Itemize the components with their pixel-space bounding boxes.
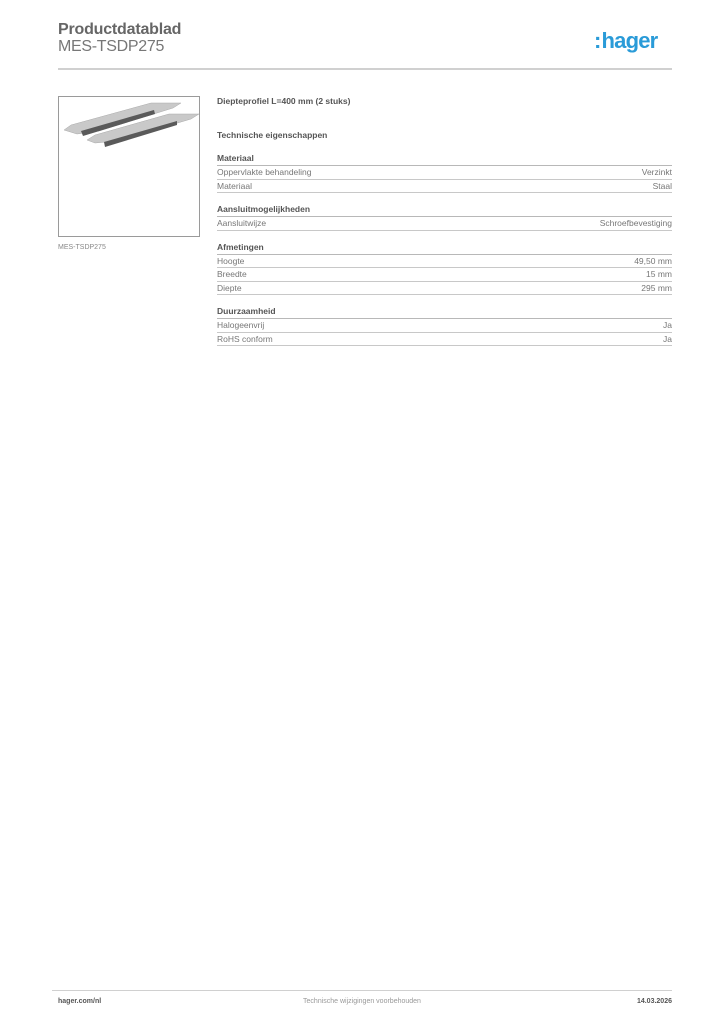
spec-value: 15 mm <box>646 268 672 281</box>
spec-label: Hoogte <box>217 255 244 268</box>
page-title: Productdatablad <box>58 21 181 39</box>
spec-value: Staal <box>653 180 672 193</box>
spec-label: Diepte <box>217 282 242 295</box>
profile-rails-icon <box>59 97 199 236</box>
product-image <box>58 96 200 237</box>
spec-row: Oppervlakte behandelingVerzinkt <box>217 166 672 180</box>
spec-row: Hoogte49,50 mm <box>217 255 672 269</box>
spec-row: Breedte15 mm <box>217 268 672 282</box>
spec-value: Verzinkt <box>642 166 672 179</box>
spec-row: Diepte295 mm <box>217 282 672 296</box>
section-title: Afmetingen <box>217 242 672 255</box>
spec-value: Ja <box>663 333 672 346</box>
spec-content: Diepteprofiel L=400 mm (2 stuks) Technis… <box>217 96 672 346</box>
spec-section: DuurzaamheidHalogeenvrijJaRoHS conformJa <box>217 306 672 346</box>
spec-value: Ja <box>663 319 672 332</box>
section-title: Aansluitmogelijkheden <box>217 204 672 217</box>
spec-sections: MateriaalOppervlakte behandelingVerzinkt… <box>217 153 672 346</box>
image-caption: MES-TSDP275 <box>58 244 106 251</box>
header-divider <box>58 68 672 70</box>
hager-logo: :hager <box>594 28 657 54</box>
spec-label: Oppervlakte behandeling <box>217 166 312 179</box>
spec-value: 49,50 mm <box>634 255 672 268</box>
product-name: Diepteprofiel L=400 mm (2 stuks) <box>217 96 672 108</box>
spec-value: 295 mm <box>641 282 672 295</box>
spec-row: MateriaalStaal <box>217 180 672 194</box>
section-title: Materiaal <box>217 153 672 166</box>
spec-label: Aansluitwijze <box>217 217 266 230</box>
spec-section: AansluitmogelijkhedenAansluitwijzeSchroe… <box>217 204 672 231</box>
footer-disclaimer: Technische wijzigingen voorbehouden <box>0 998 724 1005</box>
spec-value: Schroefbevestiging <box>600 217 672 230</box>
spec-row: AansluitwijzeSchroefbevestiging <box>217 217 672 231</box>
spec-label: Materiaal <box>217 180 252 193</box>
spec-section: AfmetingenHoogte49,50 mmBreedte15 mmDiep… <box>217 242 672 296</box>
spec-row: HalogeenvrijJa <box>217 319 672 333</box>
product-code: MES-TSDP275 <box>58 38 164 56</box>
tech-properties-title: Technische eigenschappen <box>217 130 672 142</box>
spec-label: RoHS conform <box>217 333 273 346</box>
logo-text: hager <box>602 28 658 53</box>
footer-date: 14.03.2026 <box>637 998 672 1005</box>
spec-label: Breedte <box>217 268 247 281</box>
spec-row: RoHS conformJa <box>217 333 672 347</box>
section-title: Duurzaamheid <box>217 306 672 319</box>
spec-section: MateriaalOppervlakte behandelingVerzinkt… <box>217 153 672 193</box>
spec-label: Halogeenvrij <box>217 319 264 332</box>
footer-divider <box>52 990 672 991</box>
logo-colon: : <box>594 28 601 53</box>
